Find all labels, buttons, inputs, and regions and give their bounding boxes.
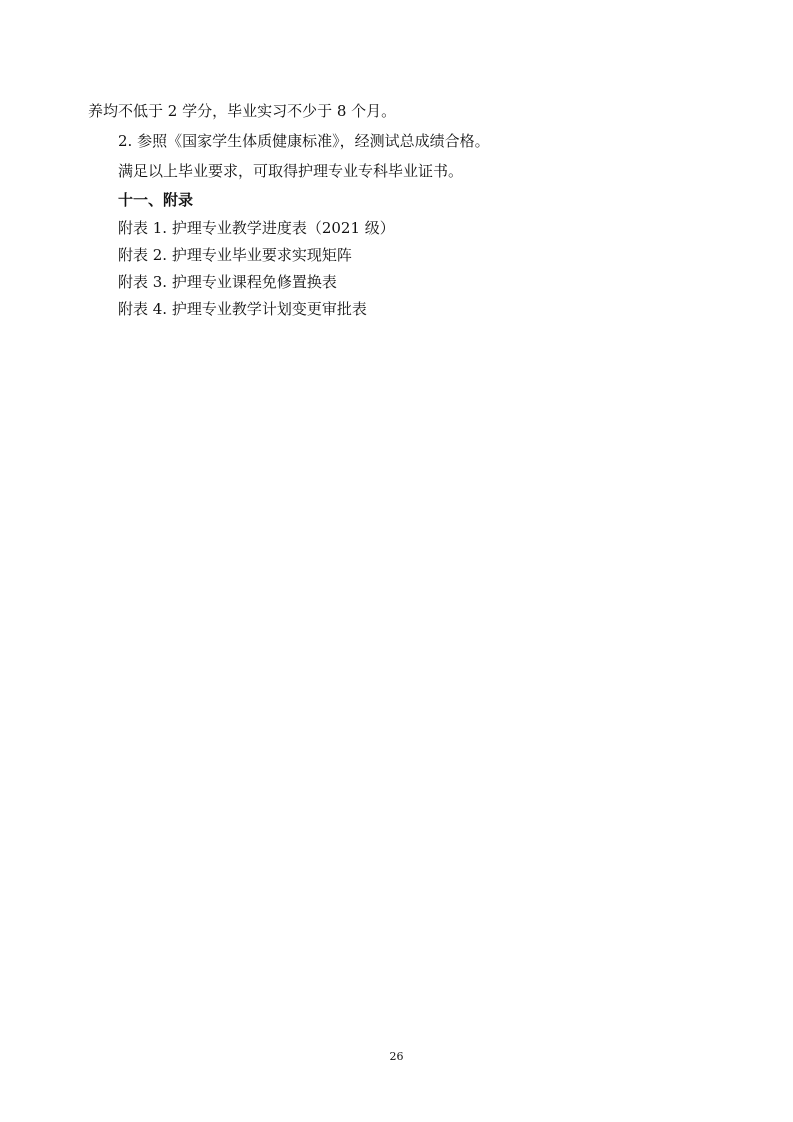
appendix-item-1: 附表 1. 护理专业教学进度表（2021 级） bbox=[118, 218, 395, 238]
graduation-summary: 满足以上毕业要求，可取得护理专业专科毕业证书。 bbox=[118, 161, 463, 181]
requirement-item-2: 2. 参照《国家学生体质健康标准》，经测试总成绩合格。 bbox=[118, 131, 490, 151]
appendix-item-4: 附表 4. 护理专业教学计划变更审批表 bbox=[118, 299, 367, 319]
appendix-item-3: 附表 3. 护理专业课程免修置换表 bbox=[118, 272, 337, 292]
appendix-item-2: 附表 2. 护理专业毕业要求实现矩阵 bbox=[118, 245, 352, 265]
section-heading-appendix: 十一、附录 bbox=[118, 190, 193, 210]
paragraph-continuation: 养均不低于 2 学分，毕业实习不少于 8 个月。 bbox=[88, 101, 396, 121]
page-number: 26 bbox=[0, 1050, 793, 1063]
